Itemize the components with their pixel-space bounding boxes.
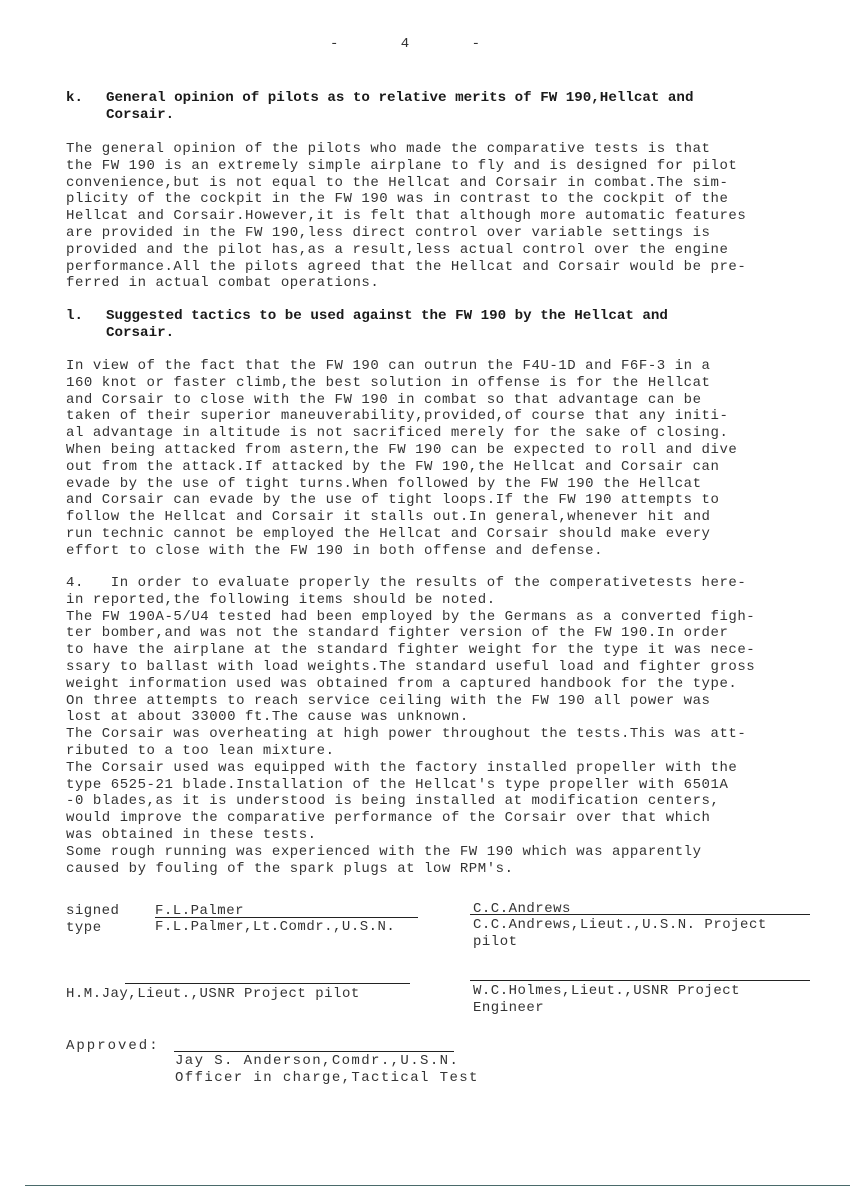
page-number: - 4 - bbox=[330, 36, 480, 52]
dash-right: - bbox=[472, 36, 480, 52]
section-k-label: k. bbox=[66, 90, 106, 107]
signed-label: signed bbox=[66, 903, 119, 920]
section-l-body: In view of the fact that the FW 190 can … bbox=[66, 358, 836, 560]
anderson-signature-line bbox=[174, 1051, 454, 1052]
anderson-typed-name: Jay S. Anderson,Comdr.,U.S.N. Officer in… bbox=[175, 1053, 479, 1087]
holmes-signature-line bbox=[470, 980, 810, 981]
page-number-value: 4 bbox=[401, 36, 409, 52]
section-k-body: The general opinion of the pilots who ma… bbox=[66, 141, 836, 292]
section-k-heading: k.General opinion of pilots as to relati… bbox=[66, 90, 826, 124]
section-l-label: l. bbox=[66, 308, 106, 325]
palmer-signature-line bbox=[155, 917, 418, 918]
dash-left: - bbox=[330, 36, 338, 52]
holmes-typed-name: W.C.Holmes,Lieut.,USNR Project Engineer bbox=[473, 983, 740, 1017]
section-4-body: 4. In order to evaluate properly the res… bbox=[66, 575, 836, 877]
approved-label: Approved: bbox=[66, 1038, 160, 1055]
document-page: - 4 - k.General opinion of pilots as to … bbox=[0, 0, 864, 1200]
section-k-title-line1: General opinion of pilots as to relative… bbox=[106, 90, 693, 106]
section-l-heading: l.Suggested tactics to be used against t… bbox=[66, 308, 826, 342]
section-l-title-line2: Corsair. bbox=[66, 325, 826, 342]
section-l-title-line1: Suggested tactics to be used against the… bbox=[106, 308, 668, 324]
section-k-title-line2: Corsair. bbox=[66, 107, 826, 124]
andrews-typed-name: C.C.Andrews,Lieut.,U.S.N. Project pilot bbox=[473, 917, 767, 951]
jay-typed-name: H.M.Jay,Lieut.,USNR Project pilot bbox=[66, 986, 360, 1003]
page-bottom-rule bbox=[25, 1185, 850, 1186]
andrews-signature-line bbox=[470, 914, 810, 915]
type-label: type bbox=[66, 920, 102, 937]
andrews-signature: C.C.Andrews bbox=[473, 901, 571, 918]
jay-signature-line bbox=[125, 983, 410, 984]
palmer-typed-name: F.L.Palmer,Lt.Comdr.,U.S.N. bbox=[155, 919, 395, 936]
